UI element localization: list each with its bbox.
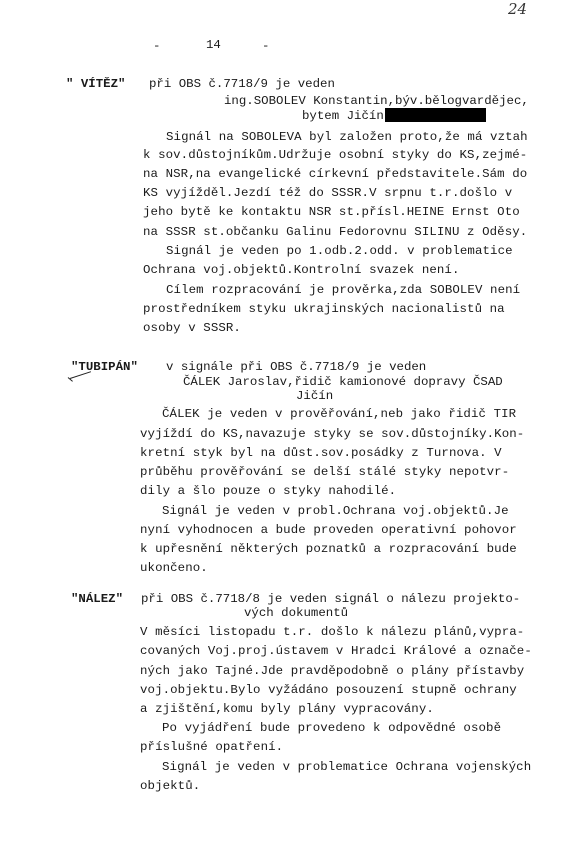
text-line: k sov.důstojníkům.Udržuje osobní styky d…	[143, 149, 527, 161]
section-header: při OBS č.7718/9 je veden	[149, 78, 335, 90]
text-line: vyjíždí do KS,navazuje styky se sov.důst…	[140, 428, 524, 440]
handwritten-folio-number: 24	[508, 2, 527, 17]
text-line: ukončeno.	[140, 562, 208, 574]
page-dash-left: -	[153, 40, 160, 52]
text-line: jeho bytě ke kontaktu NSR st.přísl.HEINE…	[143, 206, 520, 218]
text-line: ČÁLEK je veden v prověřování,neb jako ři…	[162, 408, 516, 420]
text-line: covaných Voj.proj.ústavem v Hradci Králo…	[140, 645, 532, 657]
text-line: Signál je veden v problematice Ochrana v…	[162, 761, 531, 773]
text-line: Signál je veden v probl.Ochrana voj.obje…	[162, 505, 509, 517]
text-line: na NSR,na evangelické církevní představi…	[143, 168, 527, 180]
text-line: na SSSR st.občanku Galinu Fedorovnu SILI…	[143, 226, 527, 238]
text-line: Ochrana voj.objektů.Kontrolní svazek nen…	[143, 264, 460, 276]
text-line: osoby v SSSR.	[143, 322, 241, 334]
text-line: k upřesnění některých poznatků a rozprac…	[140, 543, 517, 555]
codename-label: " VÍTĚZ"	[66, 78, 126, 90]
subject-line: ČÁLEK Jaroslav,řidič kamionové dopravy Č…	[183, 376, 503, 388]
page-dash-right: -	[262, 40, 269, 52]
codename-label: "TUBIPÁN"	[71, 361, 138, 373]
text-line: Cílem rozpracování je prověrka,zda SOBOL…	[166, 284, 520, 296]
text-line: voj.objektu.Bylo vyžádáno posouzení stup…	[140, 684, 517, 696]
subject-line: Jičín	[296, 390, 333, 402]
text-line: nyní vyhodnocen a bude proveden operativ…	[140, 524, 517, 536]
text-line: Signál je veden po 1.odb.2.odd. v proble…	[166, 245, 513, 257]
text-line: kretní styk byl na důst.sov.posádky z Tu…	[140, 447, 502, 459]
text-line: průběhu prověřování se delší stálé styky…	[140, 466, 509, 478]
text-line: Signál na SOBOLEVA byl založen proto,že …	[166, 131, 528, 143]
section-header: v signále při OBS č.7718/9 je veden	[166, 361, 426, 373]
text-line: Po vyjádření bude provedeno k odpovědné …	[162, 722, 501, 734]
text-line: a zjištění,komu byly plány vypracovány.	[140, 703, 434, 715]
text-line: dily a šlo pouze o styky nahodilé.	[140, 485, 396, 497]
text-line: KS vyjížděl.Jezdí též do SSSR.V srpnu t.…	[143, 187, 512, 199]
page-number: 14	[206, 39, 221, 51]
section-header: při OBS č.7718/8 je veden signál o nález…	[141, 593, 520, 605]
codename-label: "NÁLEZ"	[71, 593, 123, 605]
subject-line: bytem Jičín,	[302, 110, 391, 122]
subject-line: vých dokumentů	[244, 607, 348, 619]
text-line: příslušné opatření.	[140, 741, 283, 753]
text-line: prostředníkem styku ukrajinských naciona…	[143, 303, 505, 315]
text-line: ných jako Tajné.Jde pravděpodobně o plán…	[140, 665, 524, 677]
text-line: V měsíci listopadu t.r. došlo k nálezu p…	[140, 626, 524, 638]
redaction-bar	[385, 108, 486, 122]
text-line: objektů.	[140, 780, 200, 792]
subject-line: ing.SOBOLEV Konstantin,býv.bělogvardějec…	[224, 95, 529, 107]
